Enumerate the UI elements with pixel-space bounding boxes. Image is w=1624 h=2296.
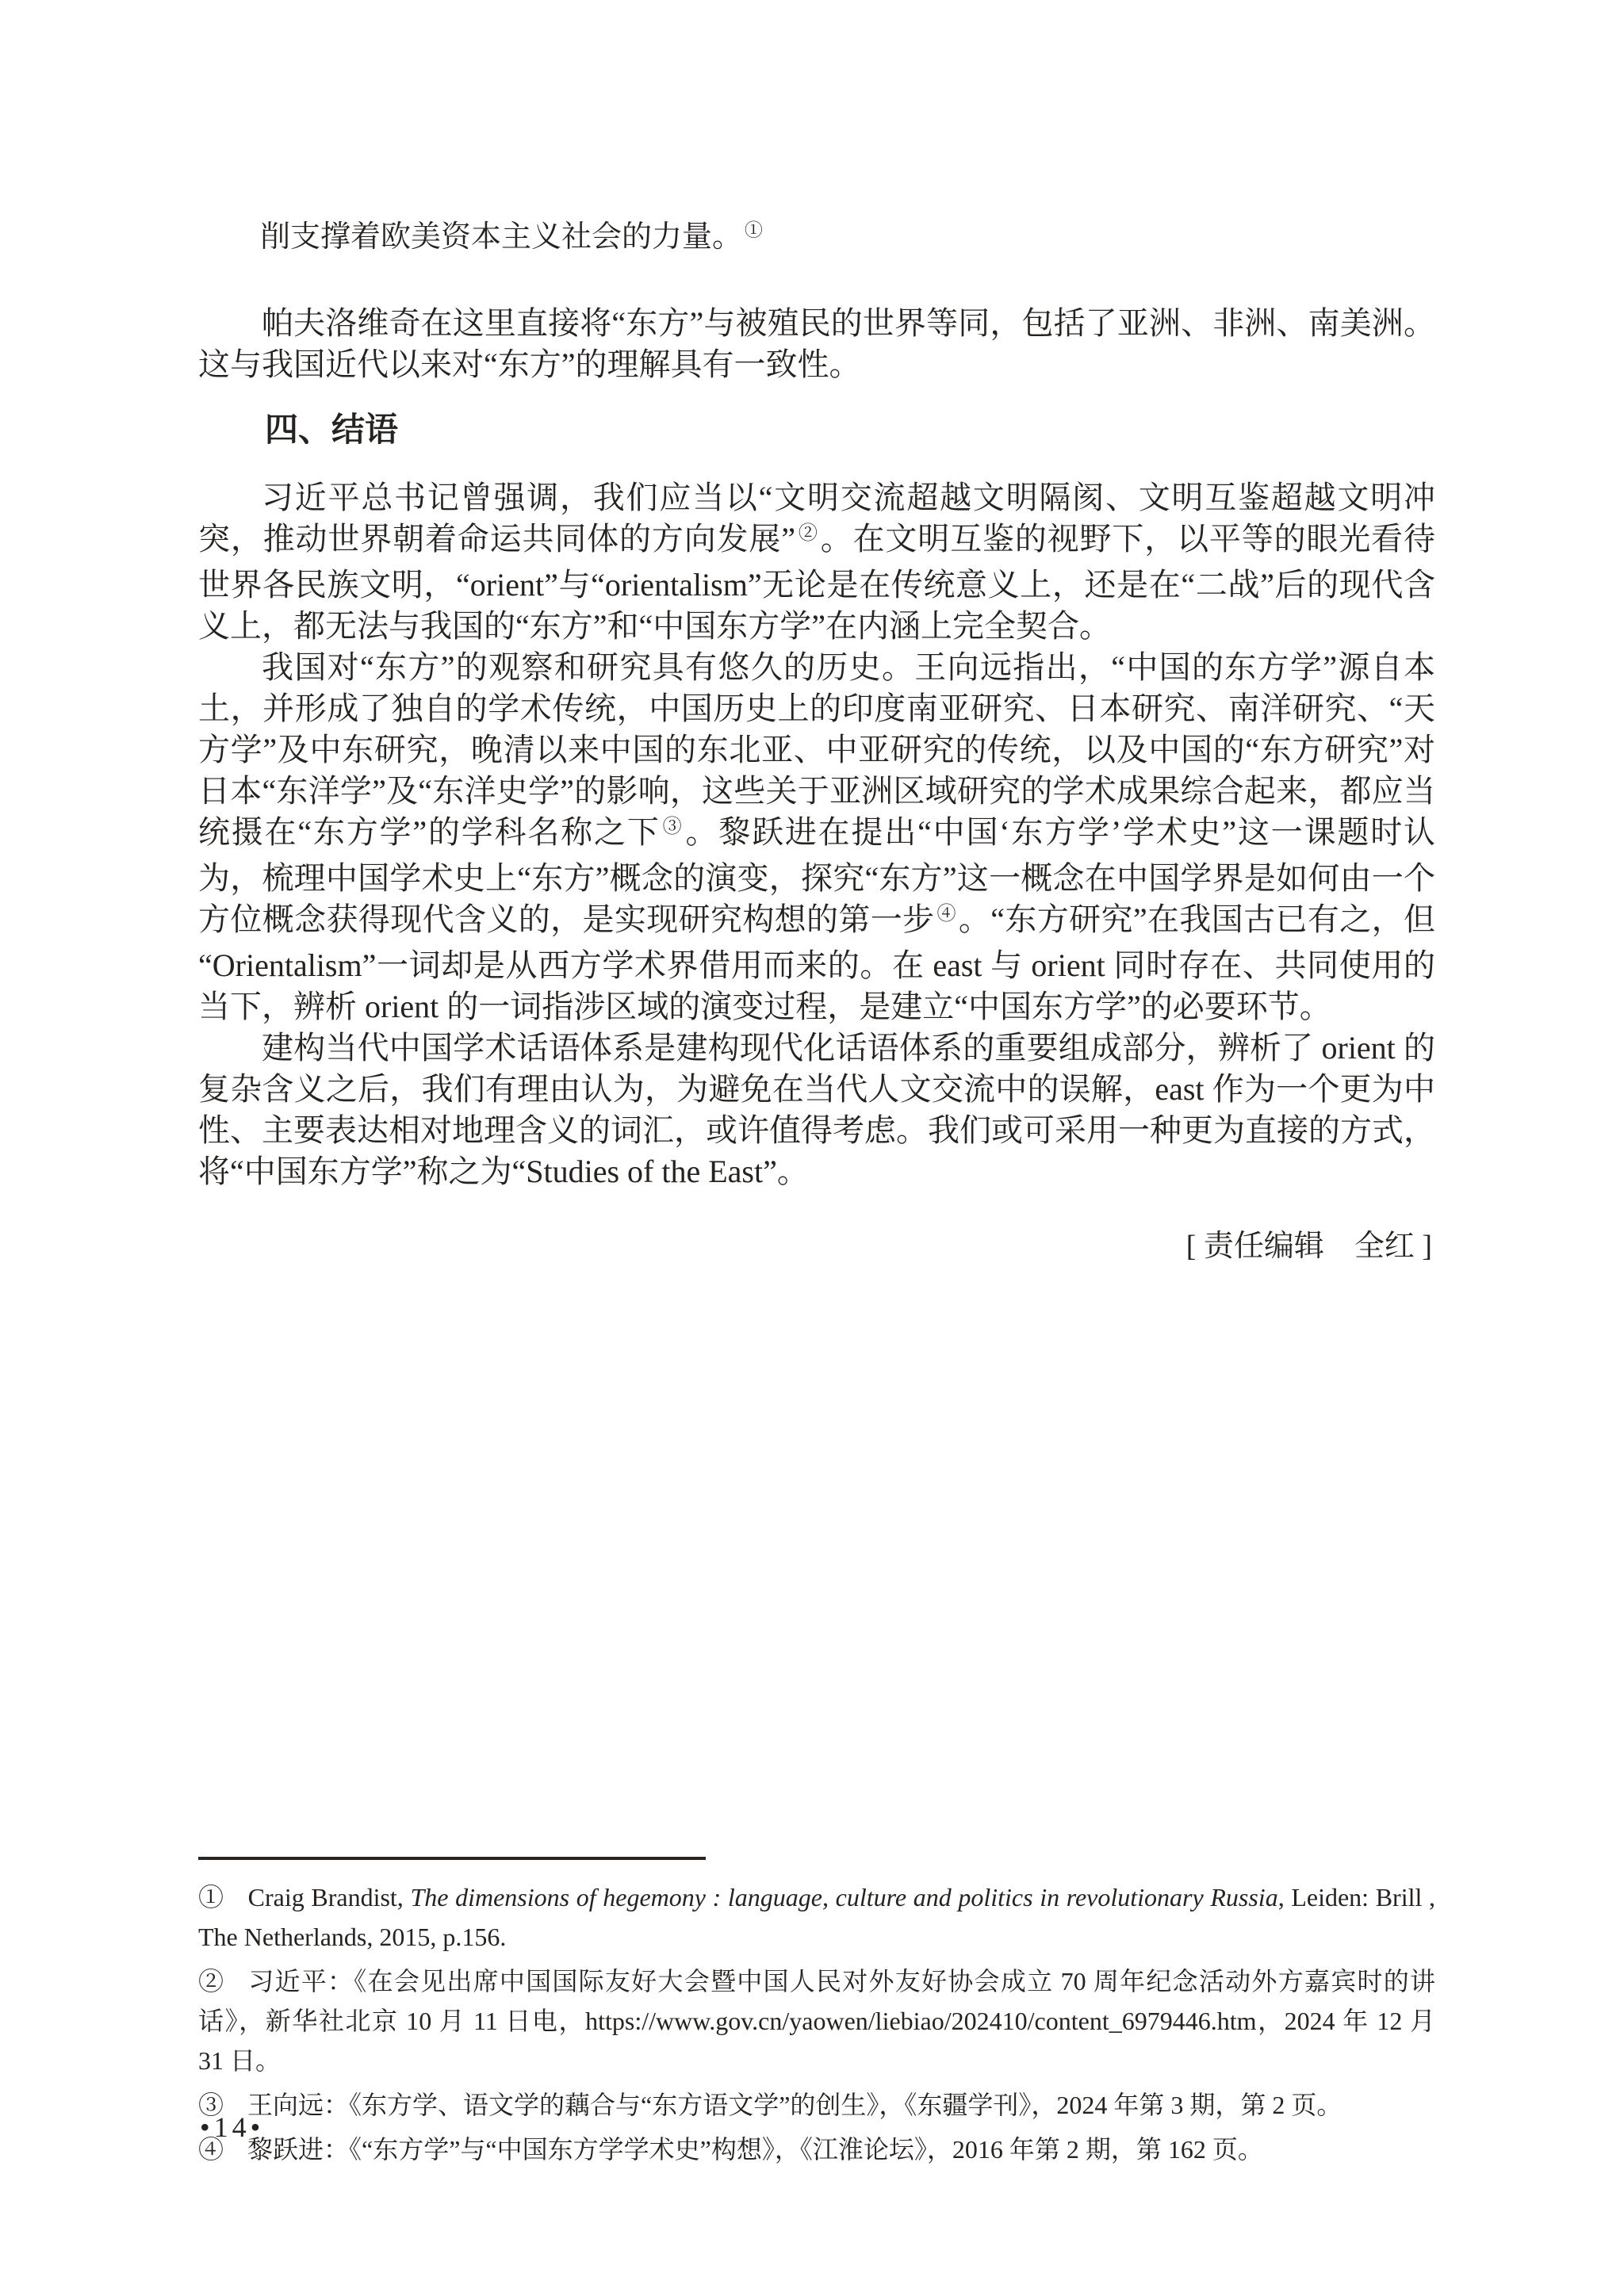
footnote-ref: ④ xyxy=(937,904,956,924)
quote-text: 削支撑着欧美资本主义社会的力量。 xyxy=(260,220,742,254)
text-run: 帕夫洛维奇在这里直接将“东方”与被殖民的世界等同，包括了亚洲、非洲、南美洲。这与… xyxy=(198,305,1435,382)
footnote-marker: ① xyxy=(198,1883,224,1911)
editor-credit: [ 责任编辑 全红 ] xyxy=(198,1227,1435,1265)
text-run: 建构当代中国学术话语体系是建构现代化话语体系的重要组成部分，辨析了 orient… xyxy=(198,1030,1435,1189)
footnote: ①Craig Brandist, The dimensions of hegem… xyxy=(198,1877,1435,1957)
body-paragraph: 帕夫洛维奇在这里直接将“东方”与被殖民的世界等同，包括了亚洲、非洲、南美洲。这与… xyxy=(198,303,1435,385)
footnote-separator xyxy=(198,1857,706,1860)
text-run: 习近平：《在会见出席中国国际友好大会暨中国人民对外友好协会成立 70 周年纪念活… xyxy=(198,1967,1435,2075)
footnote-marker: ② xyxy=(198,1967,224,1996)
text-run: Craig Brandist, xyxy=(248,1883,411,1911)
footnote-list: ①Craig Brandist, The dimensions of hegem… xyxy=(198,1877,1435,2169)
body-paragraph: 习近平总书记曾强调，我们应当以“文明交流超越文明隔阂、文明互鉴超越文明冲突，推动… xyxy=(198,477,1435,647)
section-heading: 四、结语 xyxy=(198,409,1435,450)
footnote-ref: ② xyxy=(798,523,818,544)
text-run: 黎跃进：《“东方学”与“中国东方学学术史”构想》，《江淮论坛》，2016 年第 … xyxy=(247,2135,1263,2164)
article-body: 削支撑着欧美资本主义社会的力量。① 帕夫洛维奇在这里直接将“东方”与被殖民的世界… xyxy=(198,218,1435,1265)
footnote: ④黎跃进：《“东方学”与“中国东方学学术史”构想》，《江淮论坛》，2016 年第… xyxy=(198,2130,1435,2169)
footnotes-section: ①Craig Brandist, The dimensions of hegem… xyxy=(198,1857,1435,2174)
text-run: 王向远：《东方学、语文学的藕合与“东方语文学”的创生》，《东疆学刊》，2024 … xyxy=(247,2091,1342,2119)
italic-title: The dimensions of hegemony : language, c… xyxy=(410,1883,1277,1911)
document-page: 削支撑着欧美资本主义社会的力量。① 帕夫洛维奇在这里直接将“东方”与被殖民的世界… xyxy=(0,0,1624,2296)
body-paragraph: 我国对“东方”的观察和研究具有悠久的历史。王向远指出，“中国的东方学”源自本土，… xyxy=(198,647,1435,1027)
footnote: ③王向远：《东方学、语文学的藕合与“东方语文学”的创生》，《东疆学刊》，2024… xyxy=(198,2085,1435,2125)
paragraphs-before-heading: 帕夫洛维奇在这里直接将“东方”与被殖民的世界等同，包括了亚洲、非洲、南美洲。这与… xyxy=(198,303,1435,385)
body-paragraph: 建构当代中国学术话语体系是建构现代化话语体系的重要组成部分，辨析了 orient… xyxy=(198,1027,1435,1192)
paragraphs-after-heading: 习近平总书记曾强调，我们应当以“文明交流超越文明隔阂、文明互鉴超越文明冲突，推动… xyxy=(198,477,1435,1192)
footnote-ref: ③ xyxy=(663,817,684,837)
quote-tail: 削支撑着欧美资本主义社会的力量。① xyxy=(198,218,1435,260)
page-number: •14• xyxy=(200,2110,264,2144)
footnote: ②习近平：《在会见出席中国国际友好大会暨中国人民对外友好协会成立 70 周年纪念… xyxy=(198,1961,1435,2080)
footnote-ref: ① xyxy=(745,220,763,240)
